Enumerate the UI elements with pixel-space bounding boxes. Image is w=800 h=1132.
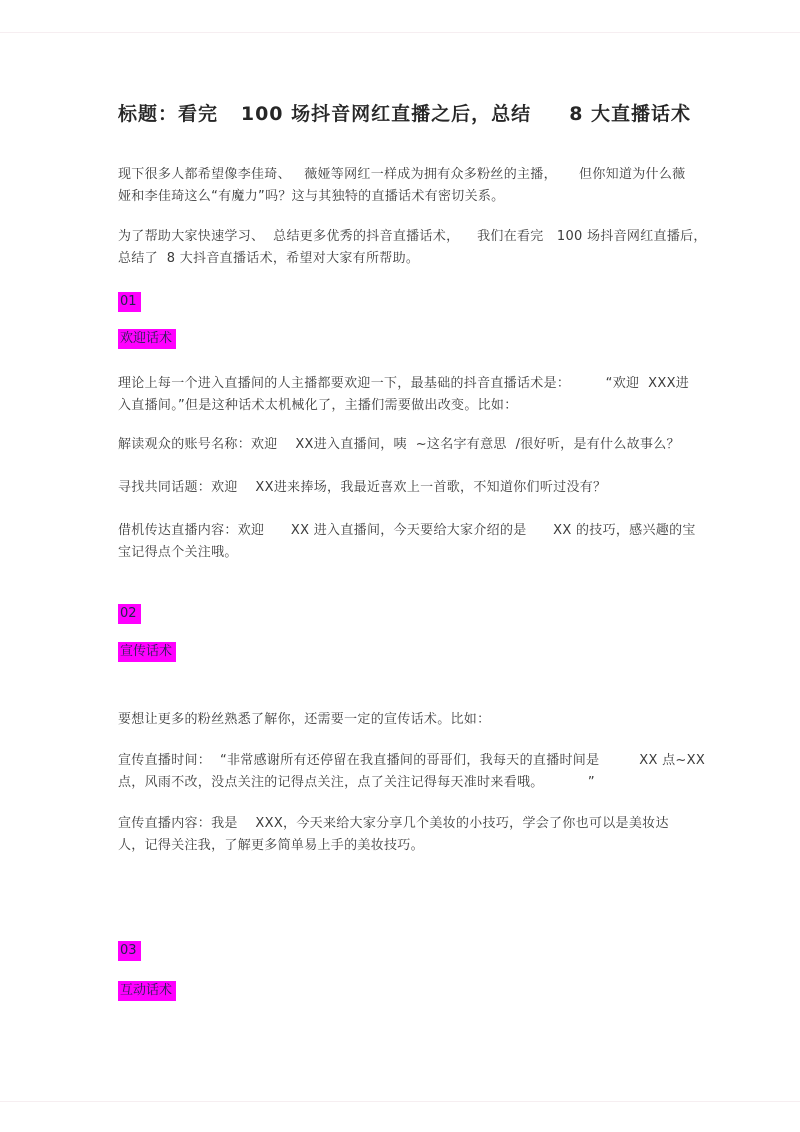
text-line: 为了帮助大家快速学习、 总结更多优秀的抖音直播话术， 我们在看完 100 场抖音… — [118, 226, 698, 248]
text-line: 入直播间。”但是这种话术太机械化了，主播们需要做出改变。比如： — [118, 395, 698, 417]
text-line: 解读观众的账号名称：欢迎 XX进入直播间，咦 ~这名字有意思 /很好听，是有什么… — [118, 434, 698, 456]
text-line: 寻找共同话题：欢迎 XX进来捧场，我最近喜欢上一首歌，不知道你们听过没有？ — [118, 477, 698, 499]
section-number-badge-02: 02 — [118, 604, 141, 624]
paragraph-intro: 现下很多人都希望像李佳琦、 薇娅等网红一样成为拥有众多粉丝的主播， 但你知道为什… — [118, 164, 698, 208]
paragraph-welcome-theory: 理论上每一个进入直播间的人主播都要欢迎一下，最基础的抖音直播话术是： “欢迎 X… — [118, 373, 698, 417]
paragraph-promo-content: 宣传直播内容：我是 XXX，今天来给大家分享几个美妆的小技巧，学会了你也可以是美… — [118, 813, 698, 857]
text-line: 宣传直播内容：我是 XXX，今天来给大家分享几个美妆的小技巧，学会了你也可以是美… — [118, 813, 698, 835]
section-title-badge-promo: 宣传话术 — [118, 642, 176, 662]
text-line: 人，记得关注我，了解更多简单易上手的美妆技巧。 — [118, 835, 698, 857]
page-edge-top — [0, 32, 800, 33]
paragraph-welcome-example3: 借机传达直播内容：欢迎 XX 进入直播间，今天要给大家介绍的是 XX 的技巧，感… — [118, 520, 698, 564]
text-line: 点，风雨不改，没点关注的记得点关注，点了关注记得每天准时来看哦。 ” — [118, 772, 698, 794]
text-line: 宝记得点个关注哦。 — [118, 542, 698, 564]
section-number-badge-03: 03 — [118, 941, 141, 961]
text-line: 借机传达直播内容：欢迎 XX 进入直播间，今天要给大家介绍的是 XX 的技巧，感… — [118, 520, 698, 542]
document-title: 标题：看完 100 场抖音网红直播之后，总结 8 大直播话术 — [118, 99, 691, 126]
text-line: 总结了 8 大抖音直播话术，希望对大家有所帮助。 — [118, 248, 698, 270]
section-number-badge-01: 01 — [118, 292, 141, 312]
text-line: 理论上每一个进入直播间的人主播都要欢迎一下，最基础的抖音直播话术是： “欢迎 X… — [118, 373, 698, 395]
paragraph-purpose: 为了帮助大家快速学习、 总结更多优秀的抖音直播话术， 我们在看完 100 场抖音… — [118, 226, 698, 270]
document-page: 标题：看完 100 场抖音网红直播之后，总结 8 大直播话术 现下很多人都希望像… — [0, 0, 800, 1132]
paragraph-welcome-example2: 寻找共同话题：欢迎 XX进来捧场，我最近喜欢上一首歌，不知道你们听过没有？ — [118, 477, 698, 499]
section-title-badge-interact: 互动话术 — [118, 981, 176, 1001]
text-line: 宣传直播时间： “非常感谢所有还停留在我直播间的哥哥们，我每天的直播时间是 XX… — [118, 750, 698, 772]
text-line: 现下很多人都希望像李佳琦、 薇娅等网红一样成为拥有众多粉丝的主播， 但你知道为什… — [118, 164, 698, 186]
paragraph-promo-time: 宣传直播时间： “非常感谢所有还停留在我直播间的哥哥们，我每天的直播时间是 XX… — [118, 750, 698, 794]
section-title-badge-welcome: 欢迎话术 — [118, 329, 176, 349]
paragraph-promo-intro: 要想让更多的粉丝熟悉了解你，还需要一定的宣传话术。比如： — [118, 709, 698, 731]
page-edge-bottom — [0, 1101, 800, 1102]
paragraph-welcome-example1: 解读观众的账号名称：欢迎 XX进入直播间，咦 ~这名字有意思 /很好听，是有什么… — [118, 434, 698, 456]
text-line: 娅和李佳琦这么“有魔力”吗？这与其独特的直播话术有密切关系。 — [118, 186, 698, 208]
text-line: 要想让更多的粉丝熟悉了解你，还需要一定的宣传话术。比如： — [118, 709, 698, 731]
